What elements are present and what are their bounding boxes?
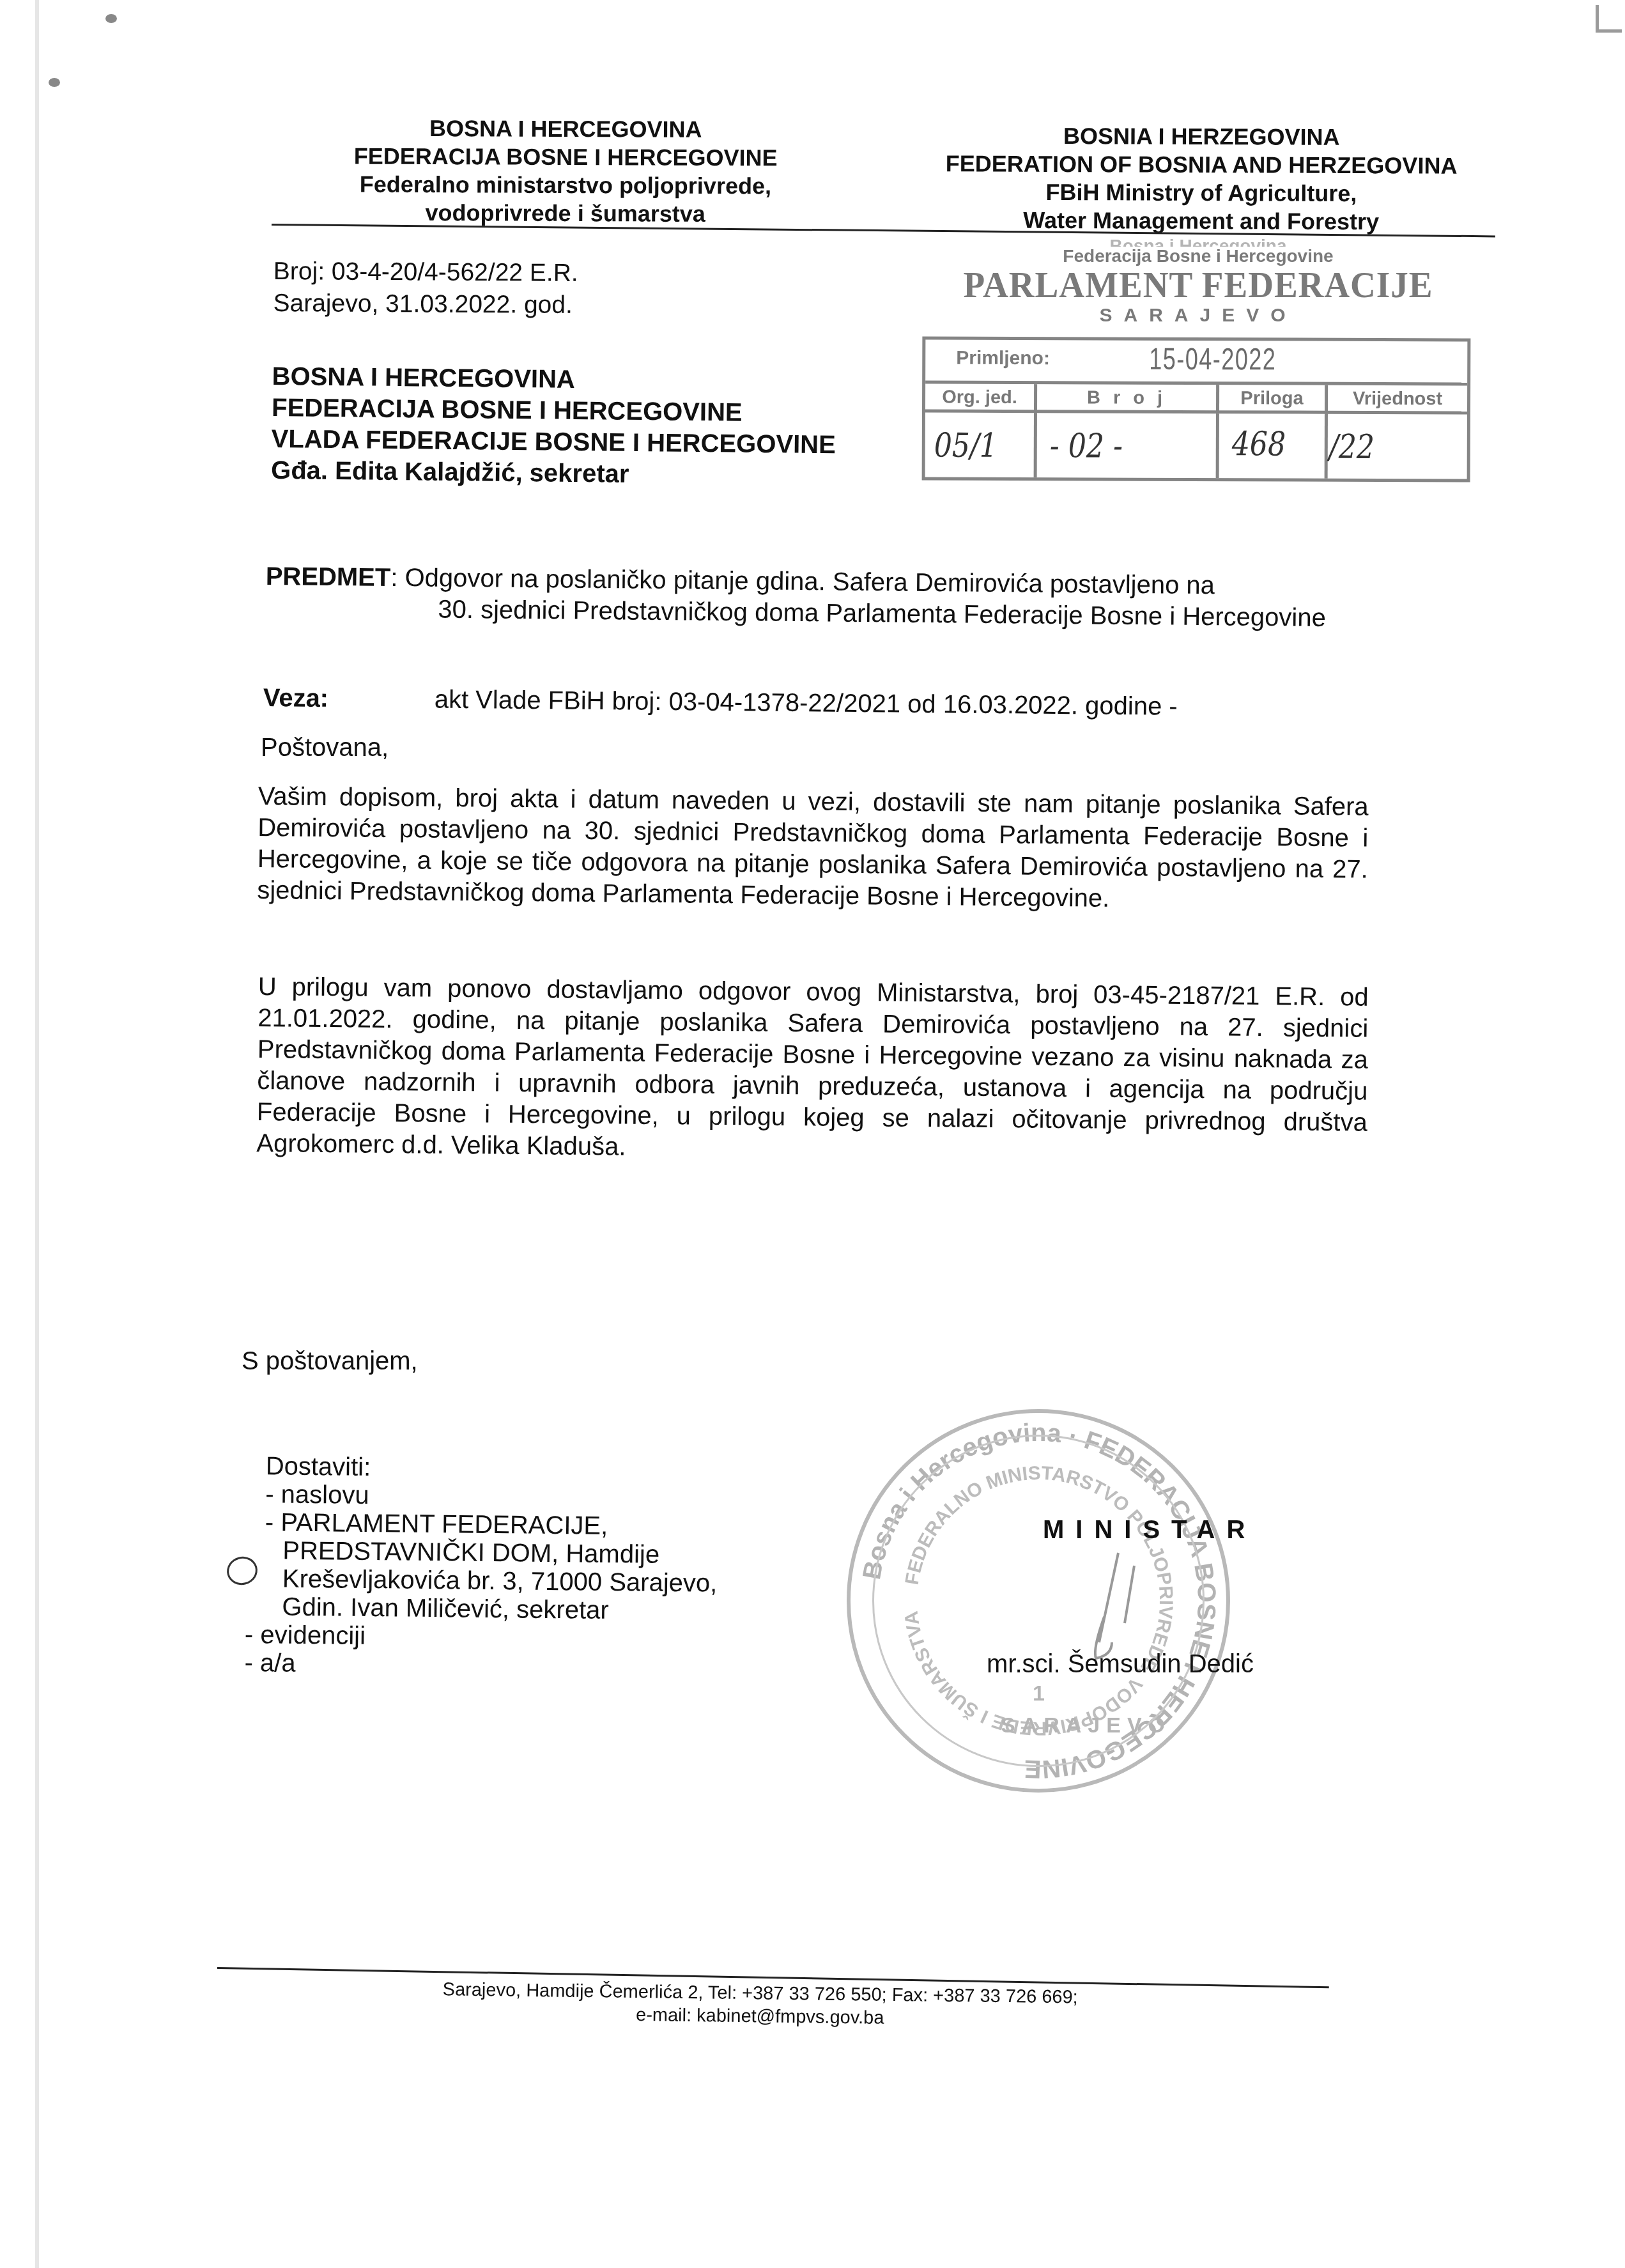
letterhead-federation: FEDERACIJA BOSNE I HERCEGOVINE [307, 142, 824, 173]
distribution-item-cont: Gdin. Ivan Miličević, sekretar [245, 1593, 717, 1626]
stamp-cell-attachments: 468 [1219, 413, 1328, 479]
recipient-block: BOSNA I HERCEGOVINA FEDERACIJA BOSNE I H… [271, 361, 836, 492]
minister-name: mr.sci. Šemsudin Dedić [987, 1650, 1254, 1679]
subject-label: PREDMET [266, 562, 391, 592]
letterhead-country-en: BOSNIA I HERZEGOVINA [907, 121, 1495, 152]
scan-corner-mark [1596, 5, 1622, 33]
distribution-item-cont: PREDSTAVNIČKI DOM, Hamdije [245, 1536, 718, 1570]
stamp-received-label: Primljeno: [956, 348, 1050, 370]
scan-speck [105, 14, 117, 23]
stamp-federation: Federacija Bosne i Hercegovine [920, 247, 1476, 266]
receipt-stamp-table: Primljeno: 15-04-2022 Org. jed. B r o j … [922, 337, 1471, 482]
receipt-stamp: Bosna i Hercegovina Federacija Bosne i H… [920, 236, 1476, 327]
handwritten-number: - 02 - [1050, 427, 1123, 465]
stamp-cell-org: 05/1 [925, 413, 1037, 478]
distribution-item: - PARLAMENT FEDERACIJE, [246, 1508, 718, 1541]
letterhead-country: BOSNA I HERCEGOVINA [307, 114, 824, 144]
seal-number: 1 [1033, 1681, 1045, 1706]
distribution-list: Dostaviti: - naslovu - PARLAMENT FEDERAC… [244, 1452, 718, 1682]
stamp-received-row: Primljeno: 15-04-2022 [925, 340, 1467, 386]
body-paragraph: U prilogu vam ponovo dostavljamo odgovor… [256, 971, 1369, 1170]
reference-link-text: akt Vlade FBiH broj: 03-04-1378-22/2021 … [435, 686, 1178, 721]
stamp-title: PARLAMENT FEDERACIJE [934, 266, 1463, 304]
distribution-item: - evidenciji [245, 1621, 717, 1654]
letterhead-ministry: Federalno ministarstvo poljoprivrede, [307, 170, 824, 201]
stamp-col-org: Org. jed. [925, 384, 1037, 413]
reference-link: Veza:akt Vlade FBiH broj: 03-04-1378-22/… [263, 684, 1388, 723]
reference-number: Broj: 03-4-20/4-562/22 E.R. [273, 256, 578, 289]
distribution-item-cont: Kreševljakovića br. 3, 71000 Sarajevo, [245, 1564, 718, 1598]
handwritten-attachments: 468 [1232, 425, 1286, 463]
recipient-person: Gđa. Edita Kalajdžić, sekretar [271, 455, 836, 492]
footer: Sarajevo, Hamdije Čemerlića 2, Tel: +387… [268, 1976, 1252, 2034]
distribution-title: Dostaviti: [247, 1452, 719, 1485]
official-seal: Bosna i Hercegovina · FEDERACIJA BOSNE I… [847, 1409, 1230, 1793]
subject-text: Odgovor na poslaničko pitanje gdina. Saf… [404, 564, 1215, 599]
scan-edge-line [35, 0, 39, 2268]
letterhead-ministry-cont: vodoprivrede i šumarstva [307, 198, 824, 229]
handwritten-org-unit: 05/1 [934, 427, 997, 465]
handwritten-value: /22 [1329, 428, 1375, 467]
stamp-received-date: 15-04-2022 [1149, 342, 1276, 378]
subject-block: PREDMET: Odgovor na poslaničko pitanje g… [265, 561, 1378, 635]
distribution-item: - naslovu [246, 1480, 718, 1513]
reference-link-label: Veza: [263, 684, 435, 714]
closing: S poštovanjem, [242, 1347, 418, 1376]
letterhead-federation-en: FEDERATION OF BOSNIA AND HERZEGOVINA [907, 150, 1495, 180]
reference-place-date: Sarajevo, 31.03.2022. god. [273, 288, 578, 321]
stamp-cell-value: /22 [1328, 414, 1467, 479]
letterhead-right: BOSNIA I HERZEGOVINA FEDERATION OF BOSNI… [907, 121, 1496, 236]
minister-title: MINISTAR [1043, 1516, 1256, 1545]
scan-speck [49, 78, 60, 87]
stamp-city: SARAJEVO [920, 304, 1476, 327]
distribution-item: - a/a [244, 1649, 716, 1682]
salutation: Poštovana, [261, 734, 389, 762]
letterhead-left: BOSNA I HERCEGOVINA FEDERACIJA BOSNE I H… [307, 114, 825, 229]
body-paragraph: Vašim dopisom, broj akta i datum naveden… [257, 781, 1369, 917]
reference-block: Broj: 03-4-20/4-562/22 E.R. Sarajevo, 31… [273, 256, 578, 321]
seal-city: SARAJEVO [1001, 1713, 1171, 1738]
stamp-cell-number: - 02 - [1037, 413, 1219, 478]
stamp-top-line: Bosna i Hercegovina [920, 236, 1476, 247]
letterhead-ministry-en: FBiH Ministry of Agriculture, [907, 178, 1495, 208]
stamp-col-attachments: Priloga [1219, 385, 1328, 414]
stamp-col-value: Vrijednost [1328, 385, 1467, 415]
stamp-col-number: B r o j [1037, 384, 1219, 413]
